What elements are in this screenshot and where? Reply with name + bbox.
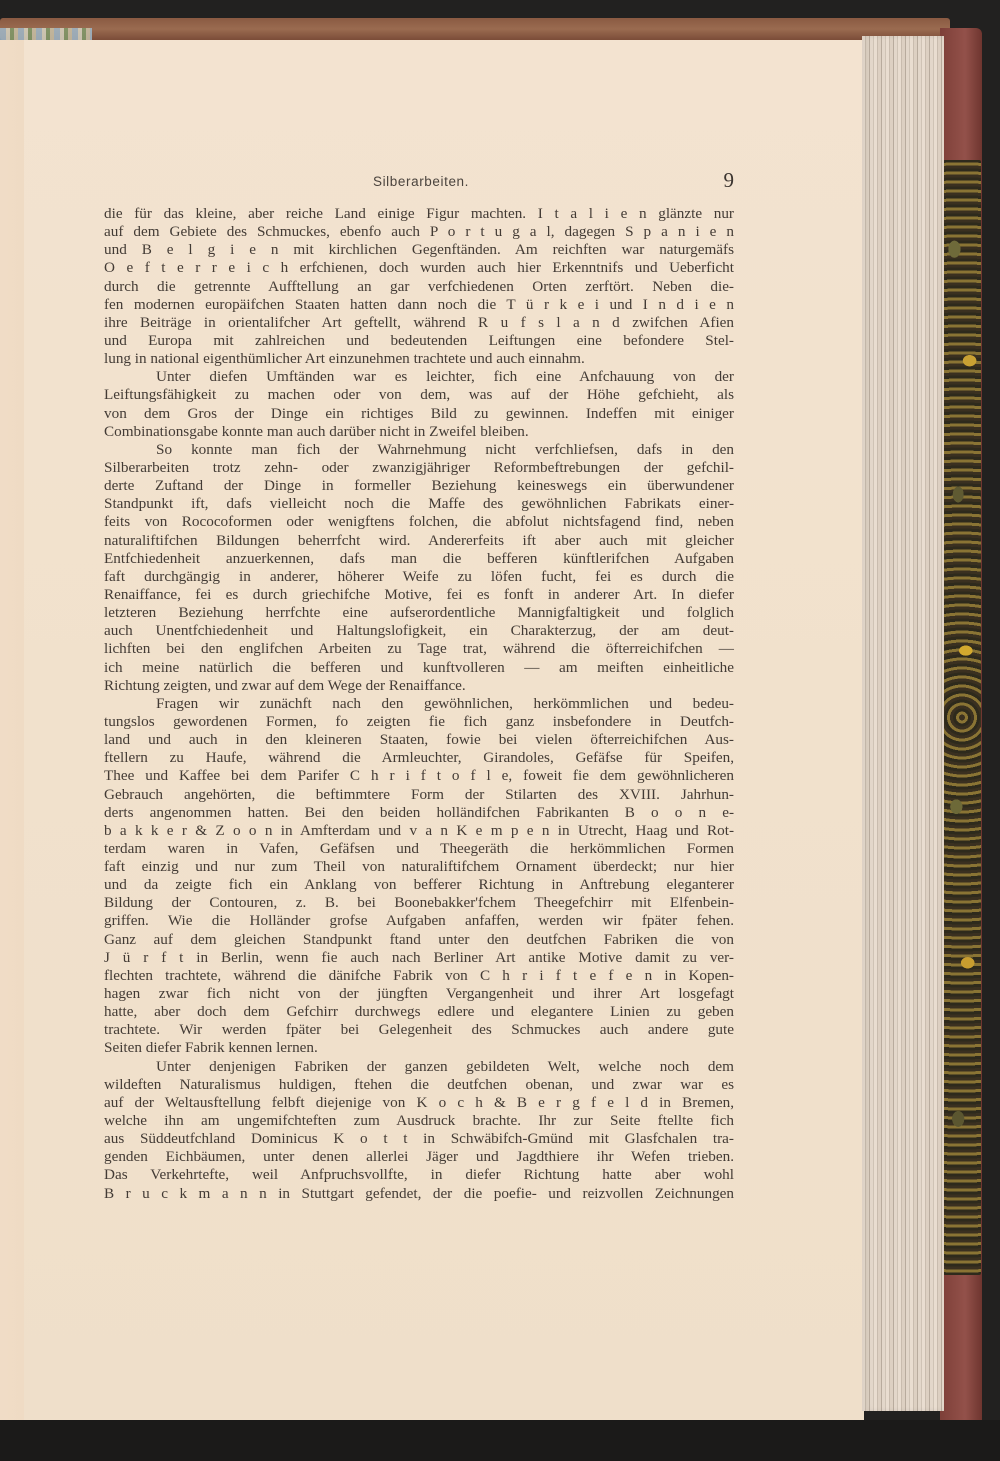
- page-number: 9: [724, 168, 735, 193]
- text-line: Unter denjenigen Fabriken der ganzen geb…: [104, 1058, 734, 1076]
- text-line: Seiten diefer Fabrik kennen lernen.: [104, 1039, 734, 1057]
- text-line: Richtung zeigten, und zwar auf dem Wege …: [104, 677, 734, 695]
- text-line: Das Verkehrtefte, weil Anfpruchsvollfte,…: [104, 1166, 734, 1184]
- scan-bottom-shadow: [0, 1420, 1000, 1461]
- text-line: ftellern zu Haufe, während die Armleucht…: [104, 749, 734, 767]
- text-line: und B e l g i e n mit kirchlichen Gegenf…: [104, 241, 734, 259]
- text-line: B r u c k m a n n in Stuttgart gefendet,…: [104, 1185, 734, 1203]
- paragraph: Unter diefen Umftänden war es leichter, …: [104, 368, 734, 441]
- text-line: hagen zwar fich nicht von der jüngften V…: [104, 985, 734, 1003]
- text-line: So konnte man fich der Wahrnehmung nicht…: [104, 441, 734, 459]
- text-line: Standpunkt ift, dafs vielleicht noch die…: [104, 495, 734, 513]
- text-line: Ganz auf dem gleichen Standpunkt ftand u…: [104, 931, 734, 949]
- text-line: faft einzig und nur zum Theil von natura…: [104, 858, 734, 876]
- text-line: Leiftungsfähigkeit zu machen oder von de…: [104, 386, 734, 404]
- text-line: tungslos gewordenen Formen, fo zeigten f…: [104, 713, 734, 731]
- text-line: wildeften Naturalismus huldigen, ftehen …: [104, 1076, 734, 1094]
- page-block-edges: [862, 36, 944, 1411]
- text-line: Entfchiedenheit anzuerkennen, dafs man d…: [104, 550, 734, 568]
- book-cover-top-edge: [0, 18, 950, 40]
- previous-page-edge: [0, 40, 25, 1420]
- text-line: Silberarbeiten trotz zehn- oder zwanzigj…: [104, 459, 734, 477]
- text-line: lung in national eigenthümlicher Art ein…: [104, 350, 734, 368]
- text-line: faft durchgängig in anderer, höherer Wei…: [104, 568, 734, 586]
- text-line: derts angenommen hatten. Bei den beiden …: [104, 804, 734, 822]
- text-line: durch die getrennte Aufftellung an gar v…: [104, 278, 734, 296]
- text-line: J ü r f t in Berlin, wenn fie auch nach …: [104, 949, 734, 967]
- text-line: flechten trachtete, während die dänifche…: [104, 967, 734, 985]
- text-line: land und auch in den kleineren Staaten, …: [104, 731, 734, 749]
- text-line: ich meine natürlich die befferen und kun…: [104, 659, 734, 677]
- running-title: Silberarbeiten.: [104, 174, 738, 189]
- text-line: und da zeigte fich ein Anklang von beffe…: [104, 876, 734, 894]
- paragraph: Unter denjenigen Fabriken der ganzen geb…: [104, 1058, 734, 1203]
- text-line: von dem Gros der Dinge ein richtiges Bil…: [104, 405, 734, 423]
- text-line: welche ihn am ungemifchteften zum Ausdru…: [104, 1112, 734, 1130]
- text-line: derte Zuftand der Dinge in formeller Bez…: [104, 477, 734, 495]
- text-line: genden Eichbäumen, unter denen allerlei …: [104, 1148, 734, 1166]
- paragraph: Fragen wir zunächft nach den gewöhnliche…: [104, 695, 734, 1058]
- left-page-marbled-edge: [0, 28, 92, 40]
- text-line: Gebrauch angehörten, die beftimmtere For…: [104, 786, 734, 804]
- text-line: hatte, aber doch dem Gefchirr durchwegs …: [104, 1003, 734, 1021]
- paragraph: So konnte man fich der Wahrnehmung nicht…: [104, 441, 734, 695]
- text-line: Bildung der Contouren, z. B. bei Booneba…: [104, 894, 734, 912]
- text-line: auf dem Gebiete des Schmuckes, ebenfo au…: [104, 223, 734, 241]
- text-line: terdam waren in Vafen, Gefäfsen und Thee…: [104, 840, 734, 858]
- paragraph: die für das kleine, aber reiche Land ein…: [104, 205, 734, 368]
- text-line: letzteren Beziehung herrfchte eine aufse…: [104, 604, 734, 622]
- text-line: Renaiffance, fei es durch griechifche Mo…: [104, 586, 734, 604]
- text-line: aus Süddeutfchland Dominicus K o t t in …: [104, 1130, 734, 1148]
- running-head: Silberarbeiten. 9: [104, 168, 738, 194]
- text-line: auch Unentfchiedenheit und Haltungslofig…: [104, 622, 734, 640]
- text-line: und Europa mit zahlreichen und bedeutend…: [104, 332, 734, 350]
- text-line: griffen. Wie die Holländer grofse Aufgab…: [104, 912, 734, 930]
- text-line: naturaliftifchen Bildungen beherrfcht wi…: [104, 532, 734, 550]
- text-line: Unter diefen Umftänden war es leichter, …: [104, 368, 734, 386]
- text-line: die für das kleine, aber reiche Land ein…: [104, 205, 734, 223]
- text-line: lichften bei den englifchen Arbeiten zu …: [104, 640, 734, 658]
- text-line: Thee und Kaffee bei dem Parifer C h r i …: [104, 767, 734, 785]
- marbled-cover-board: [943, 160, 981, 1275]
- text-line: Fragen wir zunächft nach den gewöhnliche…: [104, 695, 734, 713]
- text-line: trachtete. Wir werden fpäter bei Gelegen…: [104, 1021, 734, 1039]
- text-line: fen modernen europäifchen Staaten hatten…: [104, 296, 734, 314]
- text-line: auf der Weltausftellung felbft diejenige…: [104, 1094, 734, 1112]
- text-line: O e f t e r r e i c h erfchienen, doch w…: [104, 259, 734, 277]
- text-line: b a k k e r & Z o o n in Amfterdam und v…: [104, 822, 734, 840]
- text-line: feits von Rococoformen oder wenigftens f…: [104, 513, 734, 531]
- text-line: ihre Beiträge in orientalifcher Art geft…: [104, 314, 734, 332]
- text-line: Combinationsgabe konnte man auch darüber…: [104, 423, 734, 441]
- body-text: die für das kleine, aber reiche Land ein…: [104, 205, 734, 1203]
